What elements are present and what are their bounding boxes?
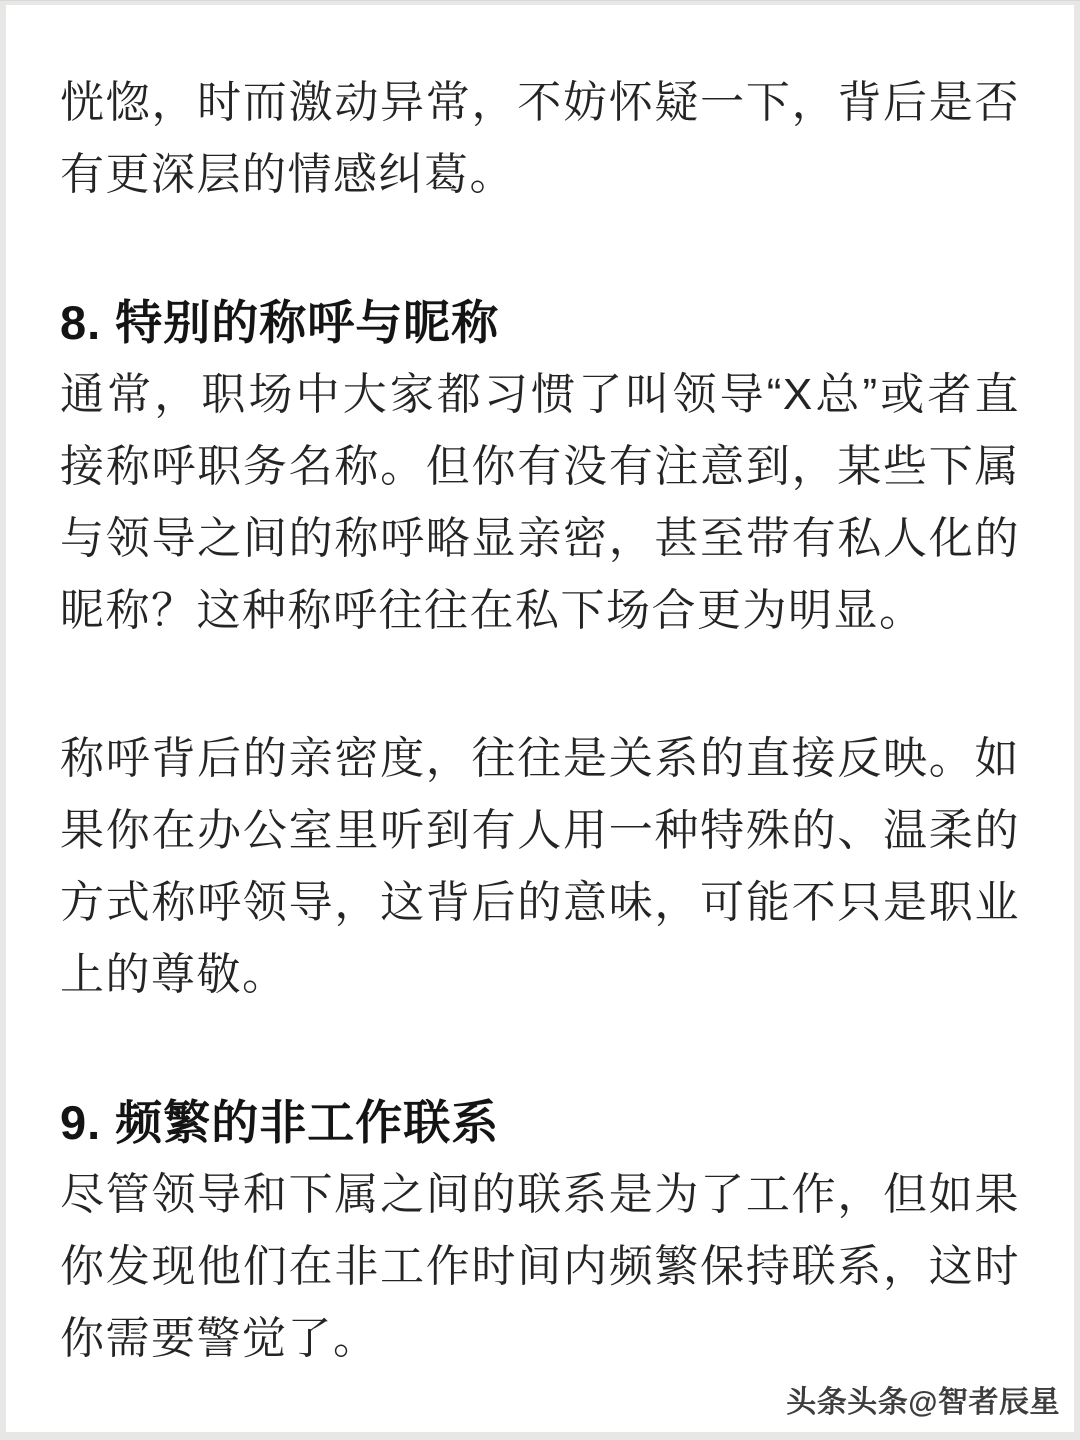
section8-heading: 8. 特别的称呼与昵称 [60,287,1020,359]
section9-paragraph-1: 尽管领导和下属之间的联系是为了工作，但如果你发现他们在非工作时间内频繁保持联系，… [60,1159,1020,1375]
page-frame: 恍惚，时而激动异常，不妨怀疑一下，背后是否有更深层的情感纠葛。 8. 特别的称呼… [0,0,1080,1440]
text-card: 恍惚，时而激动异常，不妨怀疑一下，背后是否有更深层的情感纠葛。 8. 特别的称呼… [6,5,1074,1432]
section9-heading: 9. 频繁的非工作联系 [60,1087,1020,1159]
intro-paragraph: 恍惚，时而激动异常，不妨怀疑一下，背后是否有更深层的情感纠葛。 [60,67,1020,211]
section8-paragraph-2: 称呼背后的亲密度，往往是关系的直接反映。如果你在办公室里听到有人用一种特殊的、温… [60,723,1020,1011]
section8-paragraph-1: 通常，职场中大家都习惯了叫领导“X总”或者直接称呼职务名称。但你有没有注意到，某… [60,359,1020,647]
toutiao-watermark: 头条头条@智者辰星 [786,1386,1060,1420]
article-content: 恍惚，时而激动异常，不妨怀疑一下，背后是否有更深层的情感纠葛。 8. 特别的称呼… [60,67,1020,1375]
